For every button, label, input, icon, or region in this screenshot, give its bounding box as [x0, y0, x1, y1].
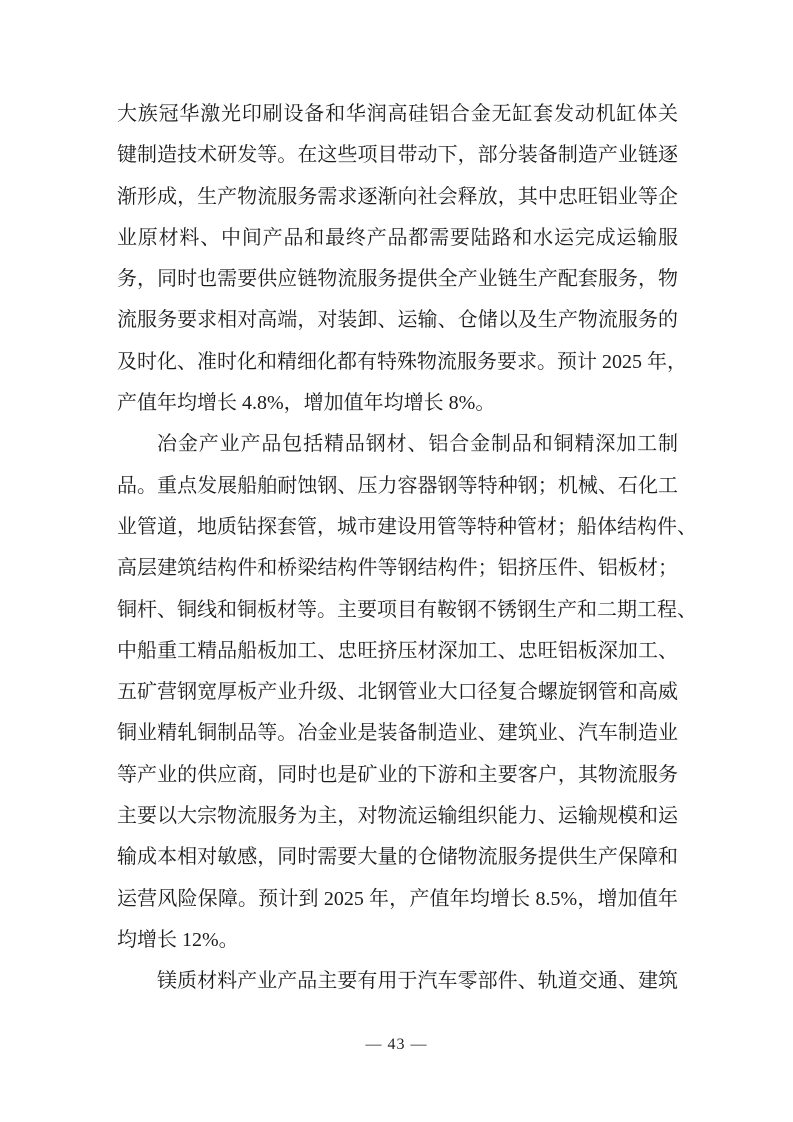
text-line: 五矿营钢宽厚板产业升级、北钢管业大口径复合螺旋钢管和高威: [117, 672, 678, 713]
text-line: 均增长 12%。: [117, 920, 678, 961]
text-line: 务，同时也需要供应链物流服务提供全产业链生产配套服务，物: [117, 259, 678, 300]
text-line: 流服务要求相对高端，对装卸、运输、仓储以及生产物流服务的: [117, 300, 678, 341]
text-line: 铜业精轧铜制品等。冶金业是装备制造业、建筑业、汽车制造业: [117, 713, 678, 754]
text-line: 品。重点发展船舶耐蚀钢、压力容器钢等特种钢；机械、石化工: [117, 466, 678, 507]
text-line: 铜杆、铜线和铜板材等。主要项目有鞍钢不锈钢生产和二期工程、: [117, 590, 678, 631]
text-line: 冶金产业产品包括精品钢材、铝合金制品和铜精深加工制: [117, 424, 678, 465]
text-line: 高层建筑结构件和桥梁结构件等钢结构件；铝挤压件、铝板材；: [117, 548, 678, 589]
text-line: 键制造技术研发等。在这些项目带动下，部分装备制造产业链逐: [117, 135, 678, 176]
paragraph: 大族冠华激光印刷设备和华润高硅铝合金无缸套发动机缸体关键制造技术研发等。在这些项…: [117, 94, 678, 424]
text-line: 中船重工精品船板加工、忠旺挤压材深加工、忠旺铝板深加工、: [117, 631, 678, 672]
text-line: 运营风险保障。预计到 2025 年，产值年均增长 8.5%，增加值年: [117, 879, 678, 920]
document-page: 大族冠华激光印刷设备和华润高硅铝合金无缸套发动机缸体关键制造技术研发等。在这些项…: [0, 0, 793, 1122]
text-line: 业原材料、中间产品和最终产品都需要陆路和水运完成运输服: [117, 218, 678, 259]
paragraph: 冶金产业产品包括精品钢材、铝合金制品和铜精深加工制品。重点发展船舶耐蚀钢、压力容…: [117, 424, 678, 961]
text-line: 大族冠华激光印刷设备和华润高硅铝合金无缸套发动机缸体关: [117, 94, 678, 135]
text-line: 产值年均增长 4.8%，增加值年均增长 8%。: [117, 383, 678, 424]
page-number: — 43 —: [0, 1036, 793, 1054]
paragraph: 镁质材料产业产品主要有用于汽车零部件、轨道交通、建筑: [117, 961, 678, 1002]
text-block: 大族冠华激光印刷设备和华润高硅铝合金无缸套发动机缸体关键制造技术研发等。在这些项…: [117, 94, 678, 1003]
text-line: 镁质材料产业产品主要有用于汽车零部件、轨道交通、建筑: [117, 961, 678, 1002]
text-line: 业管道，地质钻探套管，城市建设用管等特种管材；船体结构件、: [117, 507, 678, 548]
text-line: 等产业的供应商，同时也是矿业的下游和主要客户，其物流服务: [117, 755, 678, 796]
text-line: 渐形成，生产物流服务需求逐渐向社会释放，其中忠旺铝业等企: [117, 177, 678, 218]
text-line: 输成本相对敏感，同时需要大量的仓储物流服务提供生产保障和: [117, 837, 678, 878]
text-line: 主要以大宗物流服务为主，对物流运输组织能力、运输规模和运: [117, 796, 678, 837]
text-line: 及时化、准时化和精细化都有特殊物流服务要求。预计 2025 年，: [117, 342, 678, 383]
